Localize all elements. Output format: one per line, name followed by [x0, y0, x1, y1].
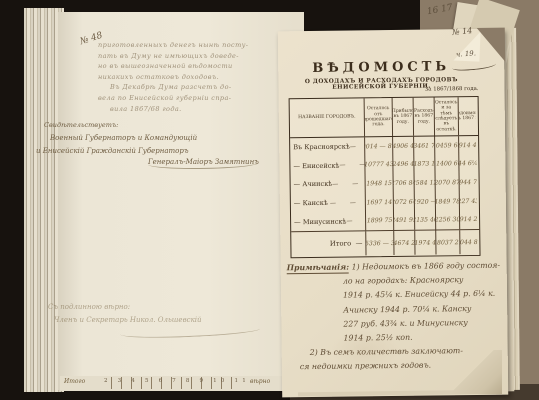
- city-name: — Ачинскѣ: [294, 180, 333, 188]
- total-value: 34674 29: [393, 231, 414, 255]
- row-dashes: — —: [346, 217, 365, 224]
- row-dashes: — — —: [332, 180, 365, 188]
- notes-heading: Примѣчанія:: [287, 263, 350, 275]
- table-body: Въ Красноярскѣ— — — — Енисейскѣ— — — — А…: [290, 136, 479, 231]
- cell-value: 2072 64: [394, 193, 414, 212]
- values-column-arrears: 1914 45 44 6¼ 1944 70 227 43 1914 25: [458, 136, 477, 229]
- paper-stain: [330, 330, 400, 370]
- handwriting-line: вила 1867/68 года.: [98, 104, 280, 115]
- cell-value: 227 43: [460, 192, 477, 211]
- cell-value: 13461 72: [414, 136, 434, 155]
- cell-value: 14906 45: [393, 137, 413, 156]
- attestation-intro: Свидѣтельствуетъ:: [44, 121, 118, 129]
- total-value: 25336 — 34: [365, 231, 393, 255]
- secretary-signature: Членъ и Секретарь Никол. Ольшевскій: [54, 316, 202, 324]
- total-value: 28037 21: [435, 230, 459, 254]
- cell-value: 2070 87: [436, 173, 459, 192]
- column-header: Расходъ въ 1867 году.: [413, 97, 434, 135]
- cell-value: 2706 84: [394, 174, 414, 193]
- sliver-note: вѣрно: [250, 378, 270, 385]
- column-header: Недоимокъ въ 1867 г.: [458, 97, 476, 135]
- copy-certification-line: Съ подлинною вѣрно:: [48, 303, 130, 311]
- cell-value: 1914 45: [459, 136, 476, 155]
- archival-book-scan: № 48 приготовленныхъ денегъ нынѣ посту- …: [0, 0, 539, 400]
- note-text: 1) Недоимокъ въ 1866 году состоя-: [349, 261, 500, 272]
- cell-value: 10459 60: [435, 136, 458, 155]
- cell-value: 10777 43: [365, 156, 392, 175]
- handwriting-line: велa по Енисейской губерніи спра-: [98, 93, 280, 104]
- table-total-row: Итого — 25336 — 34 34674 29 31974 42 280…: [291, 229, 479, 256]
- attestation-line: и Енисейскій Гражданскій Губернаторъ: [36, 147, 189, 155]
- table-row: — Канскѣ— —: [291, 193, 365, 212]
- table-row: — Ачинскѣ— — —: [291, 175, 365, 194]
- column-header: Осталось отъ прошедшаго года.: [364, 98, 392, 136]
- cell-value: 11400 66: [435, 155, 458, 174]
- row-dashes: — — —: [339, 161, 365, 169]
- handwriting-line: пать въ Думу не имѣющихъ доведе-: [98, 51, 280, 62]
- cell-value: 1944 70: [460, 173, 477, 192]
- table-row: Въ Красноярскѣ— — —: [290, 137, 364, 156]
- sliver-column-numbers: 2 3 4 5 6 7 8 9 10 11: [104, 378, 250, 384]
- column-header: НАЗВАНІЕ ГОРОДОВЪ.: [290, 98, 364, 137]
- cell-value: 2584 12: [415, 174, 435, 193]
- total-value: 31974 42: [414, 230, 435, 254]
- cell-value: 1849 78: [436, 192, 459, 211]
- values-column-income: 14906 45 12496 41 2706 84 2072 64 2491 9…: [392, 137, 414, 230]
- cell-value: 1914 25: [460, 210, 477, 229]
- cell-value: 1920 —: [415, 192, 435, 211]
- column-header: Осталось и за тѣмъ слѣдуетъ въ остаткѣ.: [434, 97, 458, 135]
- cell-value: 2491 95: [394, 211, 414, 230]
- handwriting-line: приготовленныхъ денегъ нынѣ посту-: [98, 40, 280, 51]
- underlying-page-sliver: Итого 2 3 4 5 6 7 8 9 10 11 вѣрно: [60, 376, 312, 391]
- dogear-cutout: [477, 28, 505, 62]
- total-value: 6044 89: [459, 230, 477, 254]
- table-row: — Енисейскѣ— — —: [290, 156, 364, 175]
- corner-annotation: ч. 19.: [456, 49, 476, 58]
- cell-value: 1899 75: [366, 211, 393, 230]
- cell-value: 9014 — 87: [365, 137, 392, 156]
- cell-value: 2135 40: [415, 211, 435, 230]
- city-name: — Енисейскѣ: [293, 162, 339, 171]
- total-label: Итого —: [291, 231, 365, 256]
- revenue-expense-table: НАЗВАНІЕ ГОРОДОВЪ. Осталось отъ прошедша…: [289, 96, 481, 258]
- city-name-column: Въ Красноярскѣ— — — — Енисейскѣ— — — — А…: [290, 137, 365, 231]
- cell-value: 1948 15: [366, 174, 393, 193]
- row-dashes: — —: [330, 199, 362, 206]
- city-name: — Канскѣ: [294, 199, 328, 207]
- city-name: Въ Красноярскѣ: [293, 143, 350, 152]
- values-column-balance: 9014 — 87 10777 43 1948 15 1697 14 1899 …: [364, 137, 393, 230]
- cell-value: 44 6¼: [459, 155, 476, 174]
- handwriting-line: но въ вышеозначенной вѣдомости: [98, 61, 280, 72]
- left-handwritten-paragraph: приготовленныхъ денегъ нынѣ посту- пать …: [98, 40, 280, 114]
- cell-value: 2256 30: [436, 211, 459, 230]
- cell-value: 1697 14: [366, 193, 393, 212]
- row-dashes: — — —: [350, 143, 365, 151]
- reporting-period: За 1867/1868 года.: [398, 86, 478, 93]
- table-row: — Минусинскѣ— —: [291, 212, 365, 231]
- handwriting-line: Въ Декабрѣ Дума разсчетъ до-: [98, 82, 280, 93]
- attestation-line: Военный Губернаторъ и Командующій: [50, 134, 197, 142]
- table-header-row: НАЗВАНІЕ ГОРОДОВЪ. Осталось отъ прошедша…: [290, 97, 478, 138]
- column-header: Прибыло въ 1867 году.: [392, 98, 413, 136]
- cell-value: 11873 18: [414, 155, 434, 174]
- note-line: 227 руб. 43¾ к. и Минусинску: [287, 316, 483, 333]
- stacked-sheet-corner: [430, 350, 502, 394]
- sliver-label: Итого: [64, 378, 85, 385]
- values-column-remainder: 10459 60 11400 66 2070 87 1849 78 2256 3…: [434, 136, 459, 229]
- cell-value: 12496 41: [393, 155, 413, 174]
- city-name: — Минусинскѣ: [294, 217, 346, 226]
- values-column-expense: 13461 72 11873 18 2584 12 1920 — 2135 40: [413, 136, 435, 229]
- handwriting-line: никакихъ остатковъ доходовъ.: [98, 72, 280, 83]
